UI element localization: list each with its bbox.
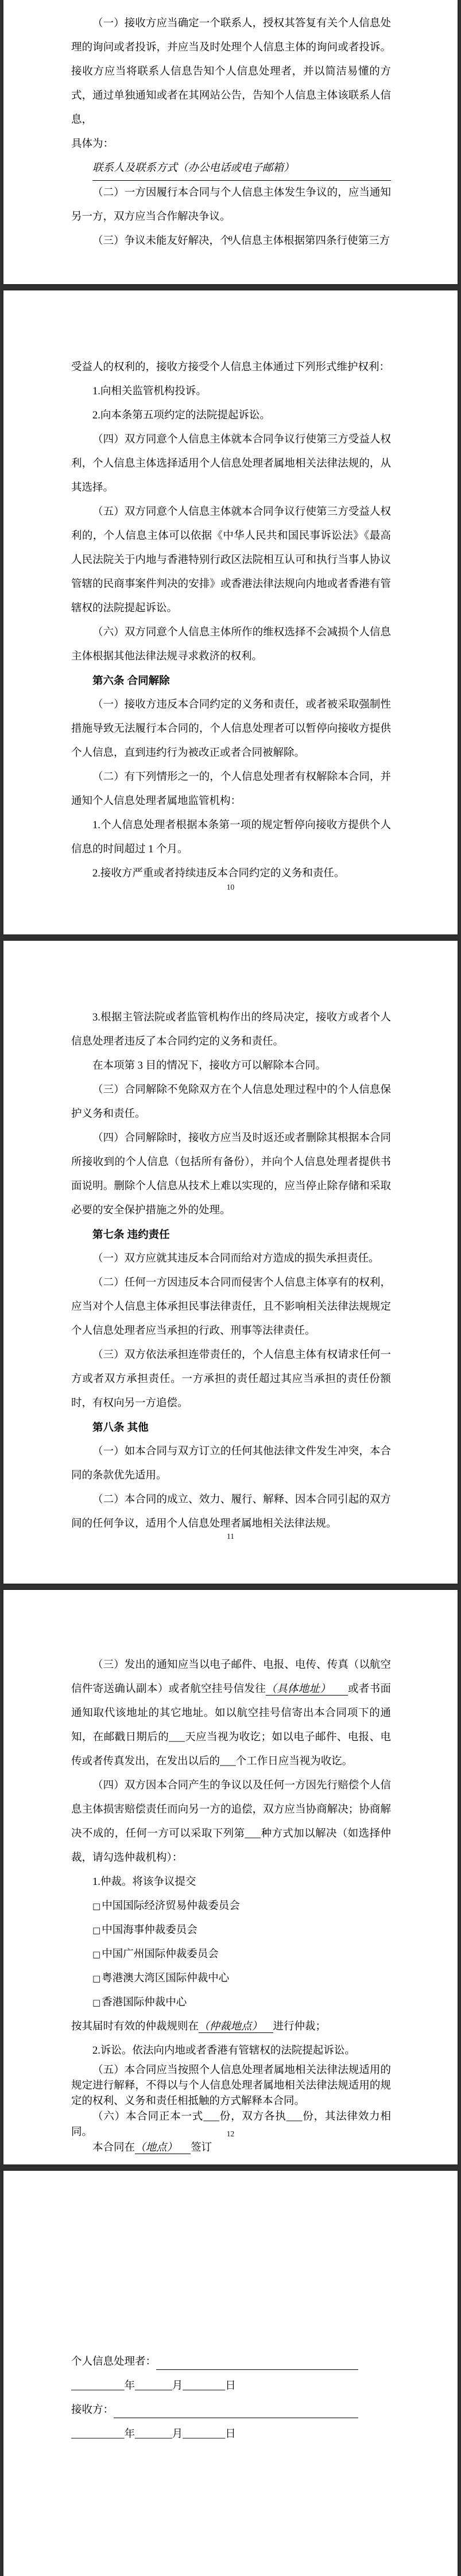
section-heading: 第六条 合同解除: [71, 669, 391, 693]
fill-in-field: （具体地址）: [266, 1683, 348, 1696]
paragraph: （四）合同解除时，接收方应当及时返还或者删除其根据本合同所接收到的个人信息（包括…: [71, 1126, 391, 1223]
paragraph: （二）一方因履行本合同与个人信息主体发生争议的，应当通知另一方，双方应当合作解决…: [71, 181, 391, 229]
paragraph: （一）接收方应当确定一个联系人，授权其答复有关个人信息处理的询问或者投诉，并应当…: [71, 11, 391, 132]
paragraph: 具体为：: [71, 132, 391, 156]
fill-in-field-row: 联系人及联系方式（办公电话或电子邮箱）: [92, 156, 391, 181]
date-line: __________年_______月________日: [71, 2422, 391, 2446]
checkbox-item: □粤港澳大湾区国际仲裁中心: [71, 1966, 391, 1991]
checkbox-label: 中国海事仲裁委员会: [102, 1925, 197, 1936]
paragraph: 受益人的权利的，接收方接受个人信息主体通过下列形式维护权利：: [71, 355, 391, 379]
signature-row: 接收方：: [71, 2398, 358, 2422]
checkbox-item: □中国海事仲裁委员会: [71, 1918, 391, 1942]
paragraph: （三）合同解除不免除双方在个人信息处理过程中的个人信息保护义务和责任。: [71, 1078, 391, 1126]
checkbox-label: 中国国际经济贸易仲裁委员会: [102, 1900, 240, 1912]
checkbox-label: 粤港澳大湾区国际仲裁中心: [102, 1973, 229, 1984]
page-number: 11: [3, 1533, 458, 1541]
checkbox-label: 中国广州国际仲裁委员会: [102, 1949, 219, 1960]
paragraph: （三）发出的通知应当以电子邮件、电报、电传、传真（以航空信件寄送确认副本）或者航…: [71, 1653, 391, 1774]
page-number: 10: [3, 883, 458, 891]
paragraph: （二）任何一方因违反本合同而侵害个人信息主体享有的权利，应当对个人信息主体承担民…: [71, 1271, 391, 1343]
signature-label: 个人信息处理者：: [71, 2350, 156, 2374]
checkbox-icon: □: [92, 1997, 100, 2008]
checkbox-icon: □: [92, 1901, 100, 1911]
paragraph: （五）双方同意个人信息主体就本合同争议行使第三方受益人权利的，个人信息主体可以依…: [71, 500, 391, 620]
section-heading: 第八条 其他: [71, 1415, 391, 1440]
fill-in-field: 联系人及联系方式（办公电话或电子邮箱）: [92, 156, 391, 181]
date-line: __________年_______月________日: [71, 2374, 391, 2398]
signature-label: 接收方：: [71, 2398, 114, 2422]
paragraph: 2.向本条第五项约定的法院提起诉讼。: [71, 404, 391, 428]
page-number: 9: [3, 235, 458, 243]
paragraph: 3.根据主管法院或者监管机构作出的终局决定，接收方或者个人信息处理者违反了本合同…: [71, 1006, 391, 1054]
paragraph: （二）有下列情形之一的，个人信息处理者有权解除本合同，并通知个人信息处理者属地监…: [71, 765, 391, 813]
paragraph: 1.个人信息处理者根据本条第一项的规定暂停向接收方提供个人信息的时间超过 1 个…: [71, 813, 391, 862]
checkbox-icon: □: [92, 1925, 100, 1935]
paragraph: （一）接收方违反本合同约定的义务和责任，或者被采取强制性措施导致无法履行本合同的…: [71, 693, 391, 765]
document-page: （一）接收方应当确定一个联系人，授权其答复有关个人信息处理的询问或者投诉，并应当…: [3, 0, 458, 284]
page-number: 12: [3, 2130, 458, 2138]
checkbox-icon: □: [92, 1949, 100, 1960]
document-page: 个人信息处理者：__________年_______月________日接收方：…: [3, 2171, 458, 2576]
checkbox-icon: □: [92, 1973, 100, 1984]
paragraph: 2.接收方严重或者持续违反本合同约定的义务和责任。: [71, 862, 391, 886]
paragraph: 在本项第 3 目的情况下，接收方可以解除本合同。: [71, 1054, 391, 1078]
document-viewer: （一）接收方应当确定一个联系人，授权其答复有关个人信息处理的询问或者投诉，并应当…: [0, 0, 461, 2576]
paragraph: （六）双方同意个人信息主体所作的维权选择不会减损个人信息主体根据其他法律法规寻求…: [71, 620, 391, 669]
paragraph: （四）双方因本合同产生的争议以及任何一方因先行赔偿个人信息主体损害赔偿责任而向另…: [71, 1774, 391, 1870]
paragraph: 2.诉讼。依法向内地或者香港有管辖权的法院提起诉讼。: [71, 2039, 391, 2063]
page-content: 3.根据主管法院或者监管机构作出的终局决定，接收方或者个人信息处理者违反了本合同…: [3, 941, 458, 1536]
paragraph: （三）双方依法承担连带责任的，个人信息主体有权请求任何一方或者双方承担责任。一方…: [71, 1343, 391, 1415]
paragraph: （五）本合同应当按照个人信息处理者属地相关法律法规适用的规定进行解释，不得以与个…: [71, 2063, 391, 2109]
page-content: （一）接收方应当确定一个联系人，授权其答复有关个人信息处理的询问或者投诉，并应当…: [3, 0, 458, 253]
paragraph: （四）双方同意个人信息主体就本合同争议行使第三方受益人权利，个人信息主体选择适用…: [71, 428, 391, 500]
section-heading: 第七条 违约责任: [71, 1223, 391, 1247]
checkbox-item: □中国广州国际仲裁委员会: [71, 1942, 391, 1966]
page-content: （三）发出的通知应当以电子邮件、电报、电传、传真（以航空信件寄送确认副本）或者航…: [3, 1590, 458, 2156]
paragraph: （二）本合同的成立、效力、履行、解释、因本合同引起的双方间的任何争议，适用个人信…: [71, 1488, 391, 1536]
paragraph: 1.向相关监管机构投诉。: [71, 379, 391, 404]
checkbox-label: 香港国际仲裁中心: [102, 1997, 187, 2008]
signature-blank-line: [114, 2418, 358, 2418]
paragraph: 1.仲裁。将该争议提交: [71, 1870, 391, 1894]
page-content: 受益人的权利的，接收方接受个人信息主体通过下列形式维护权利：1.向相关监管机构投…: [3, 290, 458, 886]
document-page: 受益人的权利的，接收方接受个人信息主体通过下列形式维护权利：1.向相关监管机构投…: [3, 290, 458, 934]
paragraph: （一）双方应就其违反本合同而给对方造成的损失承担责任。: [71, 1247, 391, 1271]
page-content: 个人信息处理者：__________年_______月________日接收方：…: [3, 2171, 458, 2446]
paragraph: （一）如本合同与双方订立的任何其他法律文件发生冲突，本合同的条款优先适用。: [71, 1440, 391, 1488]
paragraph: 本合同在（地点） 签订: [71, 2140, 391, 2156]
signature-blank-line: [156, 2369, 358, 2370]
fill-in-field: （仲裁地点）: [199, 2021, 273, 2033]
document-page: （三）发出的通知应当以电子邮件、电报、电传、传真（以航空信件寄送确认副本）或者航…: [3, 1590, 458, 2164]
fill-in-field: （地点）: [135, 2142, 191, 2154]
signature-row: 个人信息处理者：: [71, 2350, 358, 2374]
paragraph: 按其届时有效的仲裁规则在（仲裁地点） 进行仲裁；: [71, 2015, 391, 2039]
document-page: 3.根据主管法院或者监管机构作出的终局决定，接收方或者个人信息处理者违反了本合同…: [3, 941, 458, 1584]
checkbox-item: □香港国际仲裁中心: [71, 1991, 391, 2015]
checkbox-item: □中国国际经济贸易仲裁委员会: [71, 1894, 391, 1918]
